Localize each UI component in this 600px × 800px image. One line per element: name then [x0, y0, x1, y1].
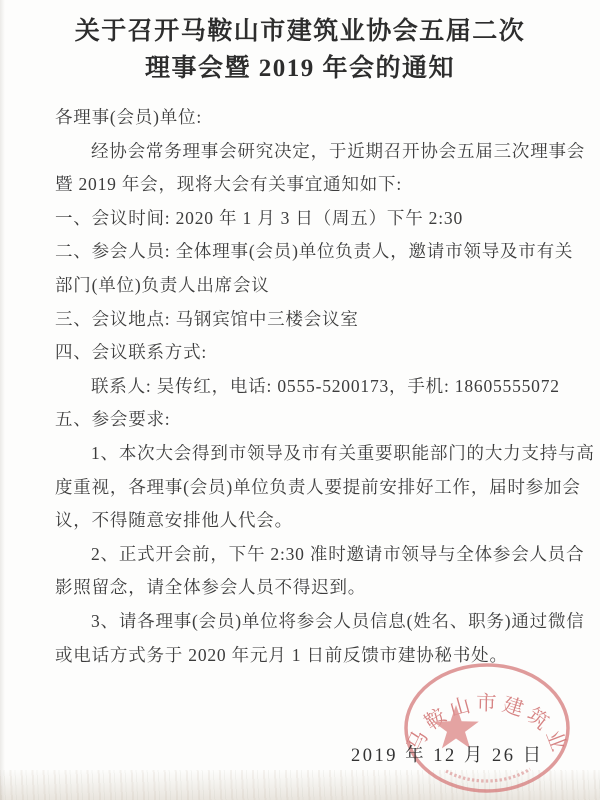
meeting-place-line: 三、会议地点: 马钢宾馆中三楼会议室: [55, 303, 560, 337]
contact-info-line: 联系人: 吴传红，电话: 0555-5200173，手机: 1860555507…: [55, 370, 560, 404]
attendees-line: 部门(单位)负责人出席会议: [55, 269, 560, 303]
intro-line: 经协会常务理事会研究决定，于近期召开协会五届三次理事会: [55, 135, 560, 169]
requirement-2-line: 影照留念，请全体参会人员不得迟到。: [55, 571, 560, 605]
official-seal: 马鞍山市建筑业协会: [398, 661, 576, 800]
requirement-1-line: 议，不得随意安排他人代会。: [55, 504, 560, 538]
scanned-notice-document: 关于召开马鞍山市建筑业协会五届二次 理事会暨 2019 年会的通知 各理事(会员…: [0, 0, 600, 800]
attendees-line: 二、参会人员: 全体理事(会员)单位负责人，邀请市领导及市有关: [55, 235, 560, 269]
intro-line: 暨 2019 年会，现将大会有关事宜通知如下:: [55, 168, 560, 202]
requirements-heading: 五、参会要求:: [55, 403, 560, 437]
requirement-3-line: 3、请各理事(会员)单位将参会人员信息(姓名、职务)通过微信: [55, 605, 560, 639]
requirement-1-line: 1、本次大会得到市领导及市有关重要职能部门的大力支持与高: [55, 437, 560, 471]
salutation-line: 各理事(会员)单位:: [55, 101, 560, 135]
notice-title-line-1: 关于召开马鞍山市建筑业协会五届二次: [0, 13, 600, 50]
seal-code-marks: [446, 769, 530, 781]
issue-date: 2019 年 12 月 26 日: [351, 741, 544, 767]
requirement-2-line: 2、正式开会前，下午 2:30 准时邀请市领导与全体参会人员合: [55, 538, 560, 572]
notice-body: 各理事(会员)单位: 经协会常务理事会研究决定，于近期召开协会五届三次理事会 暨…: [55, 101, 560, 672]
contact-heading-line: 四、会议联系方式:: [55, 336, 560, 370]
notice-title-line-2: 理事会暨 2019 年会的通知: [0, 50, 600, 87]
notice-title: 关于召开马鞍山市建筑业协会五届二次 理事会暨 2019 年会的通知: [0, 0, 600, 87]
meeting-time-line: 一、会议时间: 2020 年 1 月 3 日（周五）下午 2:30: [55, 202, 560, 236]
requirement-1-line: 度重视，各理事(会员)单位负责人要提前安排好工作，届时参加会: [55, 471, 560, 505]
